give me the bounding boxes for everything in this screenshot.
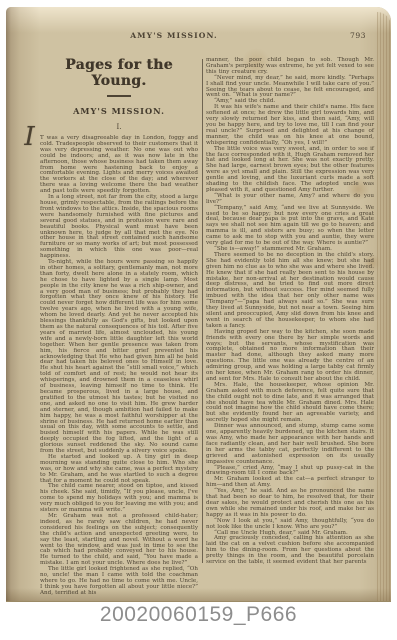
chapter-number: I. [40,123,198,131]
left-column-text: T was a very disagreeable day in London,… [40,136,198,597]
paragraph: Mrs. Hale, the housekeeper, whose opinio… [206,383,374,424]
paragraph: Dinner was announced, and stump, stump c… [206,424,374,465]
paragraph: Amy graciously conceded, calling his att… [206,536,374,566]
paragraph: It was his wife's name and their child's… [206,105,374,146]
article-title: AMY'S MISSION. [40,106,198,116]
paragraph: The child came nearer, stood on tiptoe, … [40,484,198,514]
paragraph: To-night, while the hours were passing s… [40,260,198,455]
text-columns: Pages for the Young. AMY'S MISSION. I. I… [40,56,374,595]
paragraph: Mr. Graham was not a professed child-hat… [40,514,198,567]
column-divider-rule [202,59,203,563]
book-page-edges [377,12,391,601]
heading-rule [107,95,131,97]
paragraph: The little girl looked frightened as she… [40,567,198,597]
scan-id-label: 20020060159_P666 [0,603,397,627]
paragraph: In a long street, not far from the city,… [40,195,198,260]
left-column: Pages for the Young. AMY'S MISSION. I. I… [40,56,198,595]
right-column: manner, the poor child began to sob. Tho… [206,56,374,595]
paragraph: He started and looked up. A tiny girl in… [40,455,198,485]
paragraph: There seemed to be no deception in the c… [206,253,374,330]
paragraph: T was a very disagreeable day in London,… [40,136,198,195]
paragraph: “What is your other name, Amy? and where… [206,194,374,206]
scanned-book-page: AMY'S MISSION. 793 Pages for the Young. … [6,7,391,602]
paragraph: manner, the poor child began to sob. Tho… [206,58,374,76]
paragraph: Having groped her way to the kitchen, sh… [206,330,374,383]
paragraph: “Yes, Amy,” he said. And as he pronounce… [206,489,374,519]
paragraph: The little voice was very sweet, and, in… [206,147,374,194]
right-column-text: manner, the poor child began to sob. Tho… [206,58,374,566]
ornamental-initial: I [22,112,37,164]
page-number: 793 [350,31,366,40]
paragraph: “Never mind, my dear,” he said, more kin… [206,76,374,100]
paragraph: “Now I look at you,” said Amy, thoughtfu… [206,519,374,531]
section-heading: Pages for the Young. [40,57,198,89]
running-header: AMY'S MISSION. 793 [6,31,391,43]
running-header-title: AMY'S MISSION. [6,31,342,40]
paragraph: “Tempany,” said Amy, “and we live at Sun… [206,206,374,247]
scan-viewport: AMY'S MISSION. 793 Pages for the Young. … [0,0,397,640]
